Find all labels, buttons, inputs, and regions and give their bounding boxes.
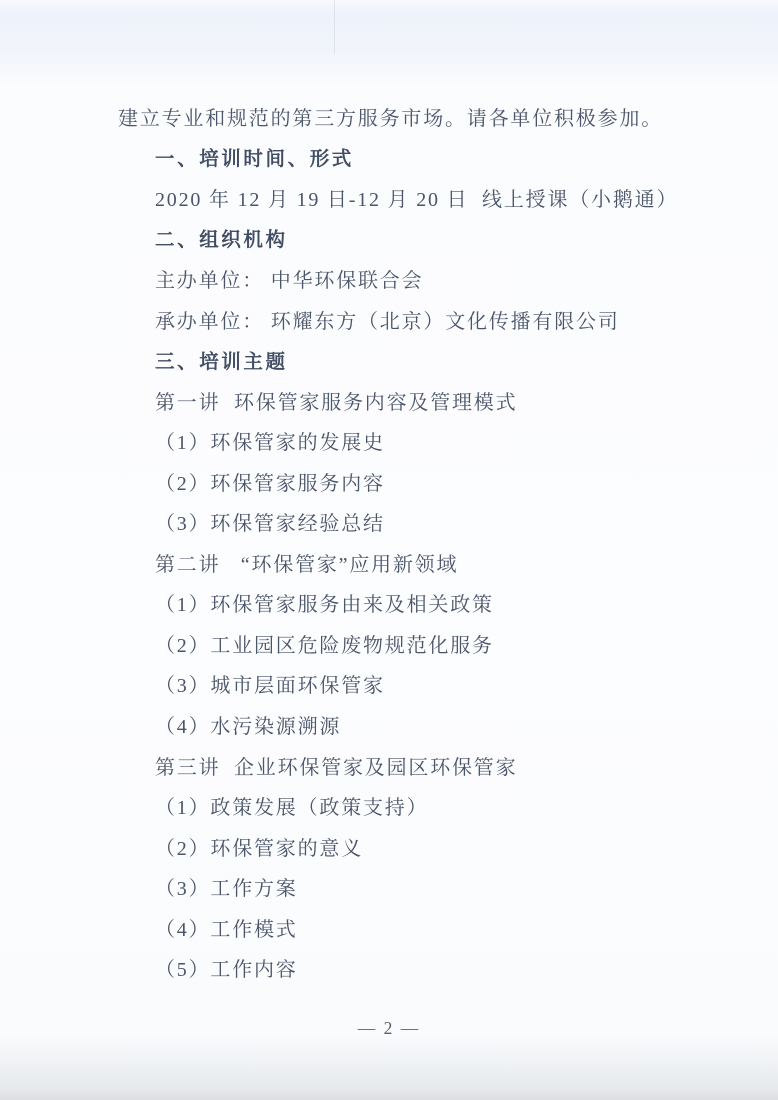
document-line: （3）环保管家经验总结	[118, 501, 730, 542]
document-line: （3）城市层面环保管家	[118, 664, 730, 705]
document-line: （4）水污染源溯源	[118, 704, 730, 745]
document-line: 主办单位： 中华环保联合会	[118, 258, 730, 299]
document-line: （1）环保管家的发展史	[118, 420, 730, 461]
document-line: （1）环保管家服务由来及相关政策	[118, 583, 730, 624]
section-heading: 三、培训主题	[118, 339, 730, 380]
document-lines: 建立专业和规范的第三方服务市场。请各单位积极参加。一、培训时间、形式2020 年…	[118, 96, 730, 988]
document-line: 第一讲 环保管家服务内容及管理模式	[118, 380, 730, 421]
section-heading: 一、培训时间、形式	[118, 137, 730, 178]
page-number: — 2 —	[0, 1018, 778, 1039]
document-line: （2）环保管家服务内容	[118, 461, 730, 502]
document-line: （5）工作内容	[118, 947, 730, 988]
document-line: 第三讲 企业环保管家及园区环保管家	[118, 745, 730, 786]
document-line: 建立专业和规范的第三方服务市场。请各单位积极参加。	[118, 96, 730, 137]
document-line: （1）政策发展（政策支持）	[118, 785, 730, 826]
document-body: 建立专业和规范的第三方服务市场。请各单位积极参加。一、培训时间、形式2020 年…	[118, 96, 730, 988]
document-line: （4）工作模式	[118, 907, 730, 948]
scan-crease-line	[334, 0, 335, 54]
document-line: （3）工作方案	[118, 866, 730, 907]
document-line: 2020 年 12 月 19 日-12 月 20 日 线上授课（小鹅通）	[118, 177, 730, 218]
document-line: 承办单位： 环耀东方（北京）文化传播有限公司	[118, 299, 730, 340]
section-heading: 二、组织机构	[118, 218, 730, 259]
document-line: （2）环保管家的意义	[118, 826, 730, 867]
document-line: 第二讲 “环保管家”应用新领域	[118, 542, 730, 583]
scanned-document-page: 建立专业和规范的第三方服务市场。请各单位积极参加。一、培训时间、形式2020 年…	[0, 0, 778, 1100]
document-line: （2）工业园区危险废物规范化服务	[118, 623, 730, 664]
